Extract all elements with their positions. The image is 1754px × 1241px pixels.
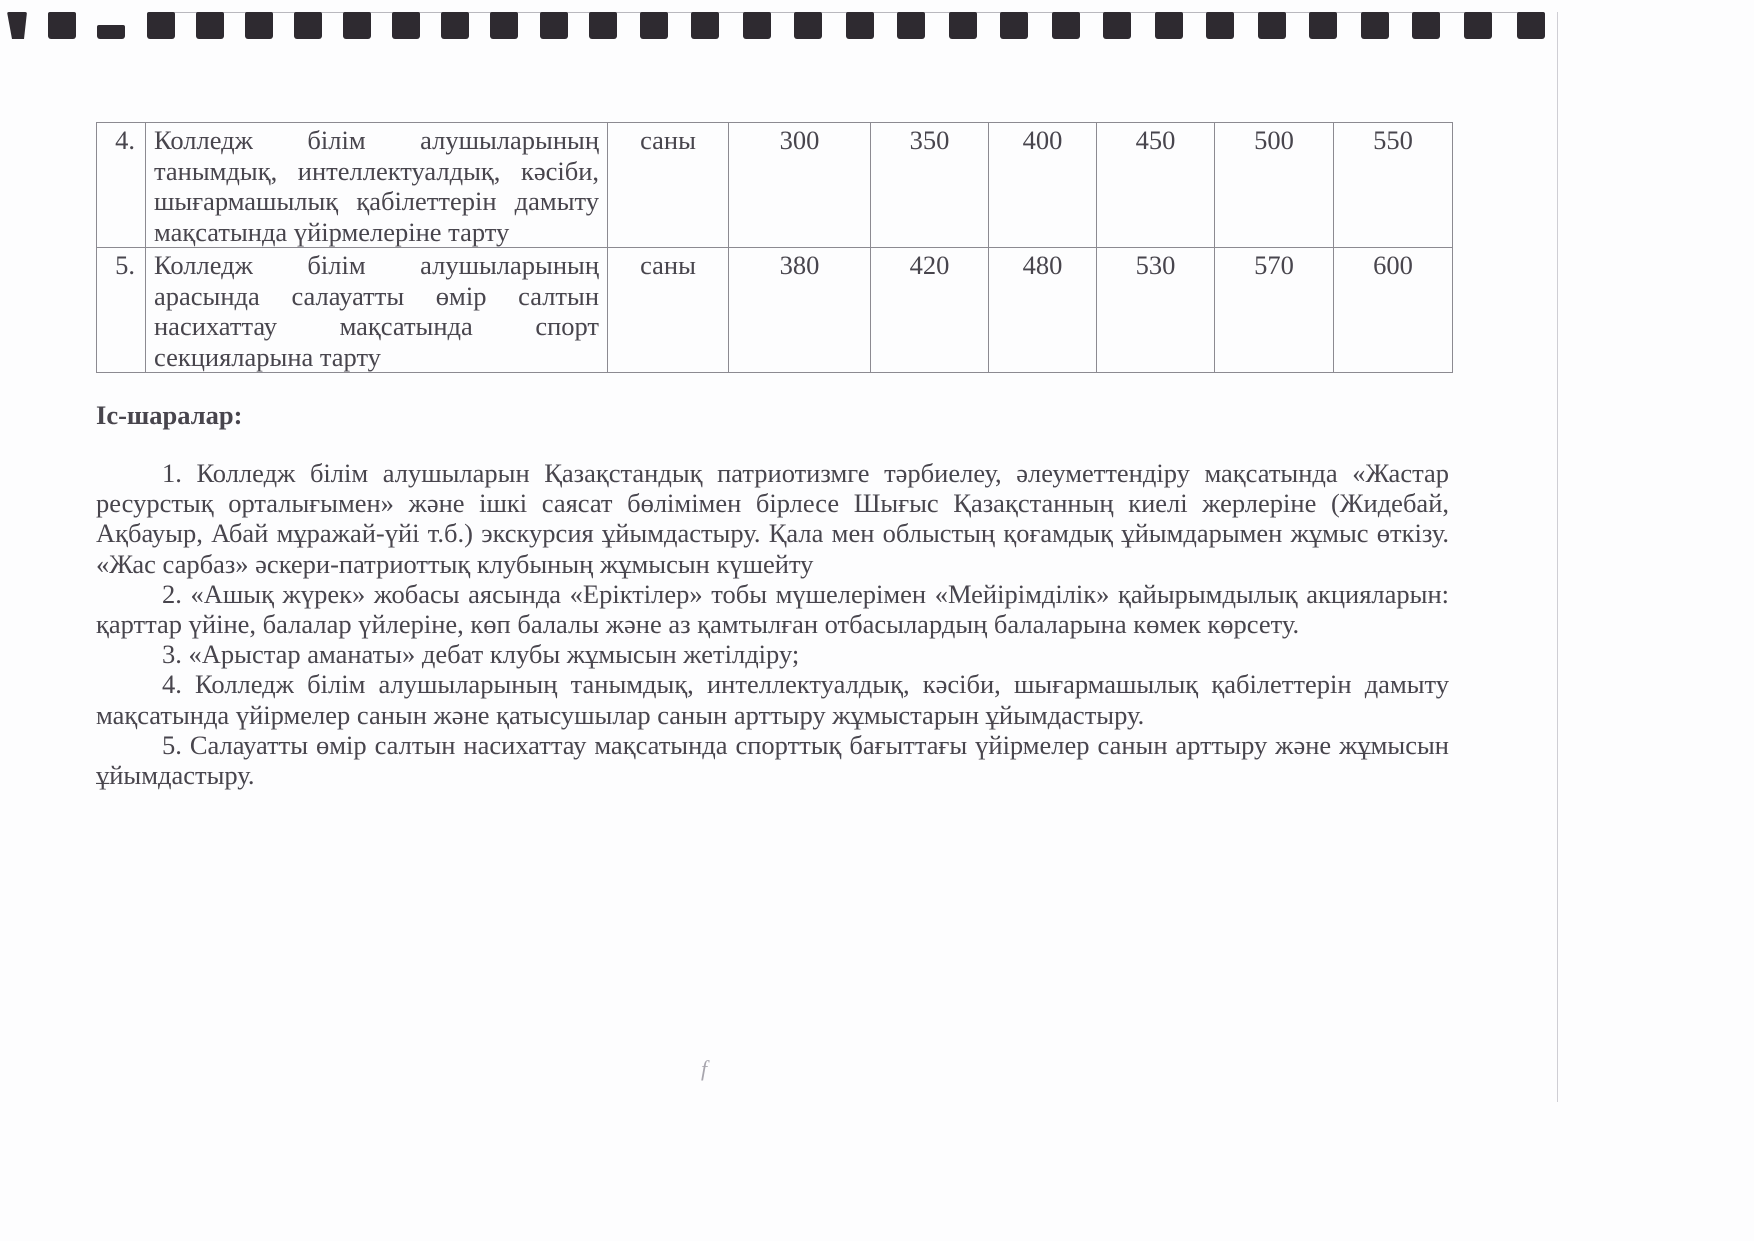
binding-hole-icon bbox=[640, 12, 668, 39]
indicators-table: 4. Колледж білім алушыларының танымдық, … bbox=[96, 122, 1453, 373]
row-value: 300 bbox=[729, 123, 871, 248]
binding-hole-icon bbox=[897, 12, 925, 39]
binding-hole-icon bbox=[949, 12, 977, 39]
description-line: шығармашылық қабілеттерін дамыту bbox=[154, 186, 599, 217]
binding-hole-icon bbox=[1517, 12, 1545, 39]
page-mark: f bbox=[701, 1056, 707, 1082]
binding-hole-icon bbox=[196, 12, 224, 39]
activities-heading: Іс-шаралар: bbox=[96, 400, 1449, 430]
activity-item: 4. Колледж білім алушыларының танымдық, … bbox=[96, 669, 1449, 729]
row-value: 350 bbox=[871, 123, 989, 248]
table-row: 4. Колледж білім алушыларының танымдық, … bbox=[97, 123, 1453, 248]
binding-hole-icon bbox=[1103, 12, 1131, 39]
description-line: насихаттау мақсатында спорт bbox=[154, 311, 599, 342]
binding-hole-icon bbox=[392, 12, 420, 39]
binding-hole-icon bbox=[794, 12, 822, 39]
page-right-edge bbox=[1557, 12, 1558, 1102]
binding-hole-icon bbox=[294, 12, 322, 39]
binding-hole-icon bbox=[743, 12, 771, 39]
row-unit: саны bbox=[608, 248, 729, 373]
binding-hole-icon bbox=[343, 12, 371, 39]
row-value: 400 bbox=[989, 123, 1097, 248]
binding-hole-icon bbox=[490, 12, 518, 39]
binding-hole-icon bbox=[7, 12, 27, 39]
description-line: Колледж білім алушыларының bbox=[154, 250, 599, 281]
binding-hole-icon bbox=[1361, 12, 1389, 39]
activity-item: 1. Колледж білім алушыларын Қазақстандық… bbox=[96, 458, 1449, 579]
description-line: Колледж білім алушыларының bbox=[154, 125, 599, 156]
row-description: Колледж білім алушыларының танымдық, инт… bbox=[146, 123, 608, 248]
binding-hole-icon bbox=[245, 12, 273, 39]
activity-item: 2. «Ашық жүрек» жобасы аясында «Еріктіле… bbox=[96, 579, 1449, 639]
row-value: 380 bbox=[729, 248, 871, 373]
binding-hole-icon bbox=[97, 25, 125, 39]
binding-hole-icon bbox=[48, 12, 76, 39]
binding-hole-icon bbox=[441, 12, 469, 39]
row-value: 530 bbox=[1097, 248, 1215, 373]
row-value: 500 bbox=[1215, 123, 1334, 248]
binding-hole-icon bbox=[1464, 12, 1492, 39]
description-line: мақсатында үйірмелеріне тарту bbox=[154, 217, 599, 248]
row-unit: саны bbox=[608, 123, 729, 248]
row-value: 480 bbox=[989, 248, 1097, 373]
binding-hole-icon bbox=[1412, 12, 1440, 39]
binding-hole-icon bbox=[691, 12, 719, 39]
binding-hole-icon bbox=[540, 12, 568, 39]
activity-item: 3. «Арыстар аманаты» дебат клубы жұмысын… bbox=[96, 639, 1449, 669]
row-value: 550 bbox=[1334, 123, 1453, 248]
row-value: 420 bbox=[871, 248, 989, 373]
binding-hole-icon bbox=[147, 12, 175, 39]
table-row: 5. Колледж білім алушыларының арасында с… bbox=[97, 248, 1453, 373]
row-value: 600 bbox=[1334, 248, 1453, 373]
description-line: секцияларына тарту bbox=[154, 342, 599, 373]
activity-item: 5. Салауатты өмір салтын насихаттау мақс… bbox=[96, 730, 1449, 790]
row-value: 570 bbox=[1215, 248, 1334, 373]
binding-hole-icon bbox=[589, 12, 617, 39]
binding-hole-icon bbox=[846, 12, 874, 39]
row-value: 450 bbox=[1097, 123, 1215, 248]
binding-hole-icon bbox=[1206, 12, 1234, 39]
row-number: 4. bbox=[97, 123, 146, 248]
binding-hole-icon bbox=[1000, 12, 1028, 39]
binding-hole-icon bbox=[1309, 12, 1337, 39]
binding-hole-icon bbox=[1258, 12, 1286, 39]
row-number: 5. bbox=[97, 248, 146, 373]
row-description: Колледж білім алушыларының арасында сала… bbox=[146, 248, 608, 373]
binding-hole-icon bbox=[1052, 12, 1080, 39]
description-line: арасында салауатты өмір салтын bbox=[154, 281, 599, 312]
description-line: танымдық, интеллектуалдық, кәсіби, bbox=[154, 156, 599, 187]
activities-section: Іс-шаралар: 1. Колледж білім алушыларын … bbox=[96, 400, 1449, 790]
binding-holes-strip bbox=[0, 0, 1754, 50]
binding-hole-icon bbox=[1155, 12, 1183, 39]
